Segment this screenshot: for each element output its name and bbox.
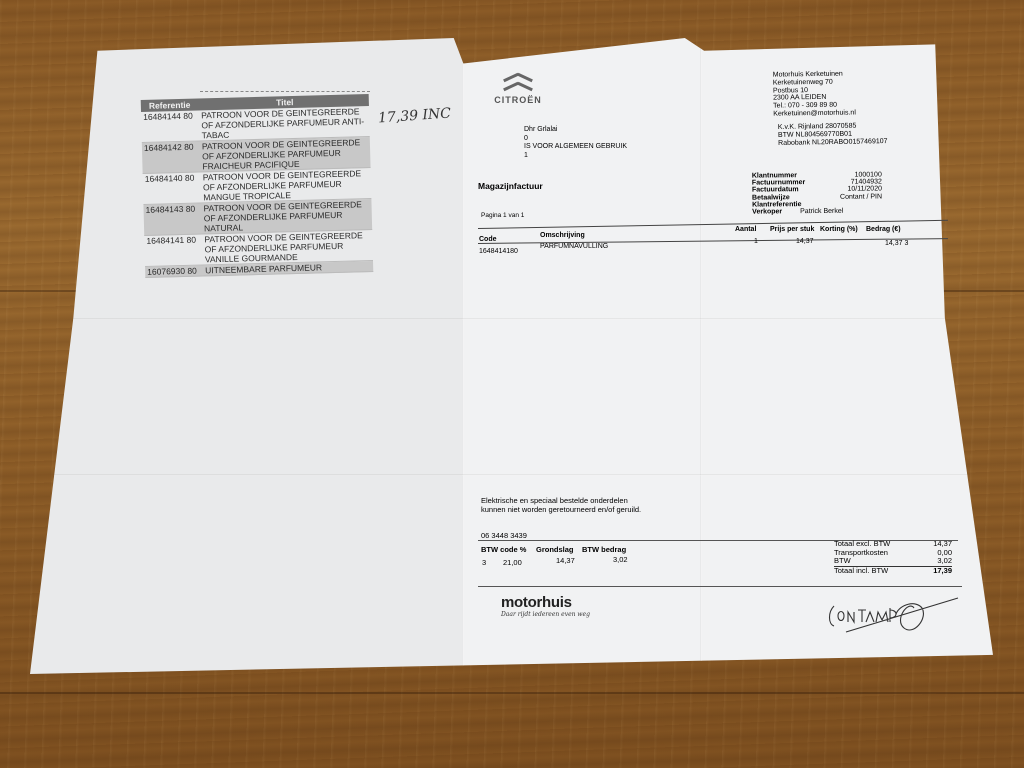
signature: [826, 592, 966, 637]
line-aantal: 1: [754, 238, 758, 245]
line-bedrag: 14,37 3: [885, 240, 908, 247]
citroen-logo: CITROËN: [488, 72, 548, 105]
note-line: kunnen niet worden geretourneerd en/of g…: [481, 505, 641, 514]
divider: [478, 586, 962, 587]
customer-address: Dhr Grlalai 0 IS VOOR ALGEMEEN GEBRUIK 1: [524, 126, 627, 160]
dealer-line: Kerketuinen@motorhuis.nl: [773, 109, 856, 118]
invoice-meta: Klantnummer1000100 Factuurnummer71404932…: [752, 171, 882, 215]
btw-header-grondslag: Grondslag: [536, 545, 574, 554]
part-ref: 16076930 80: [145, 265, 205, 277]
return-policy-note: Elektrische en speciaal bestelde onderde…: [481, 496, 641, 514]
customer-line: 1: [524, 152, 627, 161]
page-indicator: Pagina 1 van 1: [481, 212, 524, 219]
total-label: BTW: [834, 557, 851, 566]
line-code: 1648414180: [479, 248, 518, 255]
btw-header-bedrag: BTW bedrag: [582, 545, 626, 554]
line-omschrijving: PARFUMNAVULLING: [540, 243, 608, 250]
seller-label: Verkoper: [752, 208, 782, 215]
dealer-address: Motorhuis Kerketuinen Kerketuinenweg 70 …: [773, 70, 856, 118]
dealer-registration: K.v.K. Rijnland 28070585 BTW NL804569770…: [778, 122, 888, 147]
invoice-title: Magazijnfactuur: [478, 181, 543, 191]
btw-header-code: BTW code %: [481, 545, 526, 554]
col-omschrijving: Omschrijving: [540, 232, 585, 239]
total-value: 3,02: [937, 557, 952, 566]
paper-fold: [462, 38, 464, 674]
part-ref: 16484140 80: [143, 172, 204, 204]
part-title: PATROON VOOR DE GEINTEGREERDE OF AFZONDE…: [201, 106, 370, 140]
btw-code: 3: [482, 558, 486, 567]
dashed-line: [200, 91, 370, 92]
btw-grondslag: 14,37: [556, 556, 575, 565]
col-korting: Korting (%): [820, 226, 858, 233]
total-label: Totaal incl. BTW: [834, 567, 888, 576]
parts-table: Referentie Titel 16484144 80 PATROON VOO…: [141, 94, 374, 278]
customer-line: IS VOOR ALGEMEEN GEBRUIK: [524, 143, 627, 152]
part-ref: 16484143 80: [143, 203, 204, 235]
customer-line: Dhr Grlalai: [524, 126, 627, 135]
line-prijs: 14,37: [796, 238, 814, 245]
motorhuis-logo: motorhuis Daar rijdt iedereen even weg: [501, 594, 590, 618]
note-line: Elektrische en speciaal bestelde onderde…: [481, 496, 641, 505]
part-title: PATROON VOOR DE GEINTEGREERDE OF AFZONDE…: [204, 230, 373, 264]
part-ref: 16484144 80: [141, 110, 202, 142]
header-referentie: Referentie: [141, 99, 201, 111]
footer-tagline: Daar rijdt iedereen even weg: [501, 611, 590, 618]
col-bedrag: Bedrag (€): [866, 226, 901, 233]
footer-brand: motorhuis: [501, 594, 590, 611]
col-aantal: Aantal: [735, 226, 756, 233]
seller-name: Patrick Berkel: [800, 208, 843, 216]
part-title: PATROON VOOR DE GEINTEGREERDE OF AFZONDE…: [203, 199, 372, 233]
customer-line: 0: [524, 135, 627, 144]
part-ref: 16484141 80: [144, 234, 205, 266]
phone-number: 06 3448 3439: [481, 531, 527, 540]
meta-value: Contant / PIN: [840, 193, 882, 201]
chevron-logo-icon: [503, 72, 533, 94]
part-ref: 16484142 80: [142, 141, 203, 173]
brand-name: CITROËN: [488, 95, 548, 105]
invoice-totals: Totaal excl. BTW14,37 Transportkosten0,0…: [834, 540, 952, 575]
btw-bedrag: 3,02: [613, 555, 628, 564]
part-title: PATROON VOOR DE GEINTEGREERDE OF AFZONDE…: [202, 137, 371, 171]
table-plank-seam: [0, 692, 1024, 694]
col-prijs: Prijs per stuk: [770, 226, 814, 233]
grand-total-value: 17,39: [933, 567, 952, 576]
paper-fold: [700, 38, 702, 674]
btw-pct: 21,00: [503, 558, 522, 567]
part-title: PATROON VOOR DE GEINTEGREERDE OF AFZONDE…: [203, 168, 372, 202]
